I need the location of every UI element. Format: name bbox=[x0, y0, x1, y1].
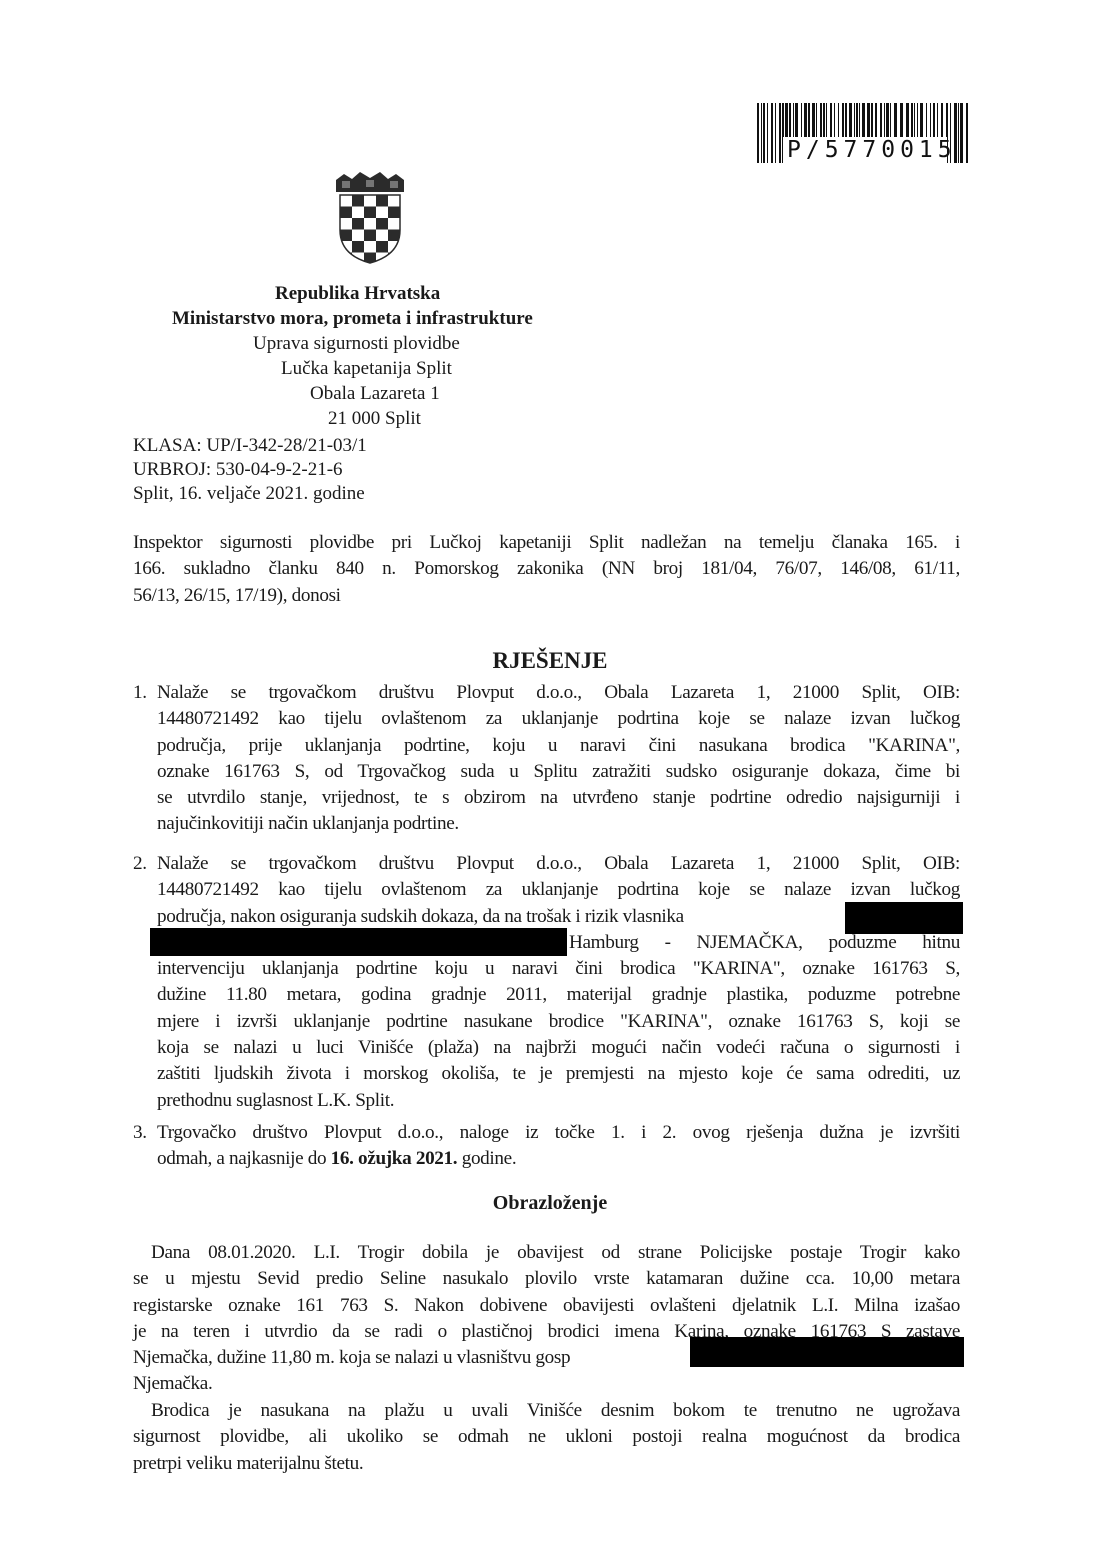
intro-paragraph: Inspektor sigurnosti plovidbe pri Lučkoj… bbox=[133, 530, 960, 609]
document-date: Split, 16. veljače 2021. godine bbox=[133, 482, 365, 507]
klasa: KLASA: UP/I-342-28/21-03/1 bbox=[133, 434, 367, 459]
reasoning-line: Njemačka. bbox=[133, 1371, 960, 1397]
item-line: dužine 11.80 metara, godina gradnje 2011… bbox=[157, 982, 960, 1008]
item-line: zaštiti ljudskih života i morskog okoliš… bbox=[157, 1061, 960, 1087]
decision-item-1: 1. Nalaže se trgovačkom društvu Plovput … bbox=[133, 680, 960, 838]
reasoning-line: registarske oznake 161 763 S. Nakon dobi… bbox=[133, 1293, 960, 1319]
item-number: 2. bbox=[133, 851, 147, 877]
item-line: intervenciju uklanjanja podrtine koju u … bbox=[157, 956, 960, 982]
redaction-box bbox=[690, 1337, 964, 1367]
header-office: Lučka kapetanija Split bbox=[281, 357, 452, 382]
redaction-box bbox=[150, 928, 567, 956]
reasoning-line: Dana 08.01.2020. L.I. Trogir dobila je o… bbox=[133, 1240, 960, 1266]
decision-title: RJEŠENJE bbox=[0, 648, 1100, 674]
deadline-date: 16. ožujka 2021. bbox=[331, 1148, 458, 1169]
intro-line: 166. sukladno članku 840 n. Pomorskog za… bbox=[133, 556, 960, 582]
item-line: Nalaže se trgovačkom društvu Plovput d.o… bbox=[157, 851, 960, 877]
header-directorate: Uprava sigurnosti plovidbe bbox=[253, 332, 460, 357]
reasoning-line: Brodica je nasukana na plažu u uvali Vin… bbox=[133, 1398, 960, 1424]
item-line: koja se nalazi u luci Vinišće (plaža) na… bbox=[157, 1035, 960, 1061]
header-street: Obala Lazareta 1 bbox=[310, 382, 440, 407]
redaction-box bbox=[845, 902, 963, 934]
reasoning-line: sigurnost plovidbe, ali ukoliko se odmah… bbox=[133, 1424, 960, 1450]
header-city: 21 000 Split bbox=[328, 407, 421, 432]
item-number: 3. bbox=[133, 1120, 147, 1146]
reasoning-line: pretrpi veliku materijalnu štetu. bbox=[133, 1451, 960, 1477]
reasoning-paragraph-2: Brodica je nasukana na plažu u uvali Vin… bbox=[133, 1398, 960, 1477]
item-line: mjere i izvrši uklanjanje podrtine nasuk… bbox=[157, 1009, 960, 1035]
reasoning-paragraph-1: Dana 08.01.2020. L.I. Trogir dobila je o… bbox=[133, 1240, 960, 1398]
intro-line: 56/13, 26/15, 17/19), donosi bbox=[133, 583, 960, 609]
barcode: P/5770015 bbox=[757, 103, 970, 163]
urbroj: URBROJ: 530-04-9-2-21-6 bbox=[133, 458, 343, 483]
deadline-suffix: godine. bbox=[457, 1148, 516, 1169]
reasoning-title: Obrazloženje bbox=[0, 1192, 1100, 1215]
item-line: oznake 161763 S, od Trgovačkog suda u Sp… bbox=[157, 759, 960, 785]
item-line: odmah, a najkasnije do 16. ožujka 2021. … bbox=[157, 1146, 960, 1172]
item-line: najučinkovitiji način uklanjanja podrtin… bbox=[157, 811, 960, 837]
item-line: 14480721492 kao tijelu ovlaštenom za ukl… bbox=[157, 877, 960, 903]
item-line: područja, prije uklanjanja podrtine, koj… bbox=[157, 733, 960, 759]
coat-of-arms-icon bbox=[330, 170, 410, 265]
item-number: 1. bbox=[133, 680, 147, 706]
header-ministry: Ministarstvo mora, prometa i infrastrukt… bbox=[172, 307, 533, 332]
item-line: područja, nakon osiguranja sudskih dokaz… bbox=[157, 904, 960, 930]
header-country: Republika Hrvatska bbox=[275, 282, 440, 307]
decision-item-2: 2. Nalaže se trgovačkom društvu Plovput … bbox=[133, 851, 960, 1114]
decision-item-3: 3. Trgovačko društvo Plovput d.o.o., nal… bbox=[133, 1120, 960, 1173]
barcode-label: P/5770015 bbox=[783, 137, 947, 163]
item-line: se utvrdilo stanje, vrijednost, te s obz… bbox=[157, 785, 960, 811]
deadline-prefix: odmah, a najkasnije do bbox=[157, 1148, 331, 1169]
item-line: 14480721492 kao tijelu ovlaštenom za ukl… bbox=[157, 706, 960, 732]
item-line: Trgovačko društvo Plovput d.o.o., naloge… bbox=[157, 1120, 960, 1146]
item-line: Nalaže se trgovačkom društvu Plovput d.o… bbox=[157, 680, 960, 706]
item-line: prethodnu suglasnost L.K. Split. bbox=[157, 1088, 960, 1114]
reasoning-line: se u mjestu Sevid predio Seline nasukalo… bbox=[133, 1266, 960, 1292]
intro-line: Inspektor sigurnosti plovidbe pri Lučkoj… bbox=[133, 530, 960, 556]
